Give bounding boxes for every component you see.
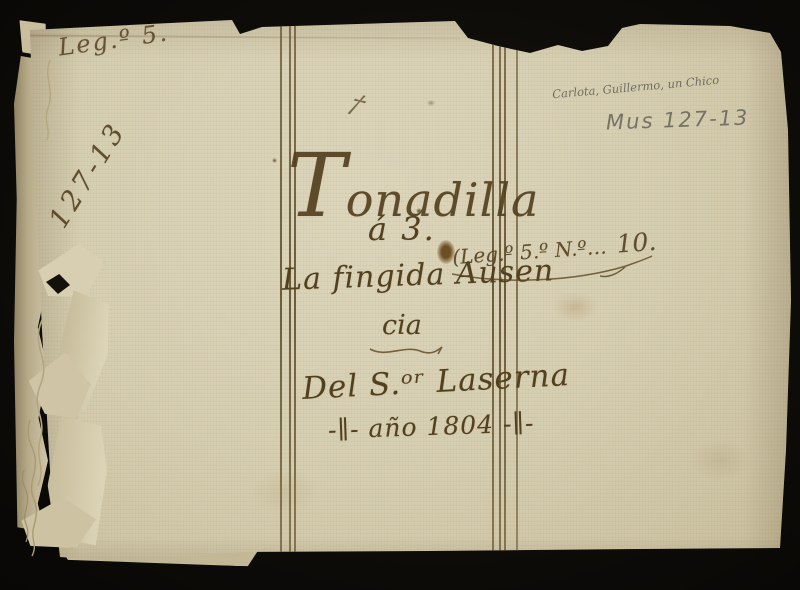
faint-stain [250,470,320,514]
archival-mark-top-left: Leg.º 5. [57,18,171,61]
faint-stain [690,440,750,480]
manuscript-cover: Leg.º 5. 127-13 † Tonadilla á 3. La fing… [0,0,800,590]
cross-invocation-mark: † [342,90,371,120]
author-line: Del S.ᵒʳ Laserna [301,357,571,407]
ink-speck [272,158,277,163]
pencil-shelfmark: Mus 127-13 [606,106,750,135]
cia-underline-flourish [366,342,456,360]
pencil-character-note: Carlota, Guillermo, un Chico [552,73,720,102]
ink-speck [427,100,435,106]
inventory-underline-swash [448,250,658,284]
spine-number: 127-13 [43,116,132,233]
faint-stain [552,292,598,322]
title-a3: á 3. [368,210,436,248]
photo-background: Leg.º 5. 127-13 † Tonadilla á 3. La fing… [0,0,800,590]
title-cia: cia [382,310,422,341]
